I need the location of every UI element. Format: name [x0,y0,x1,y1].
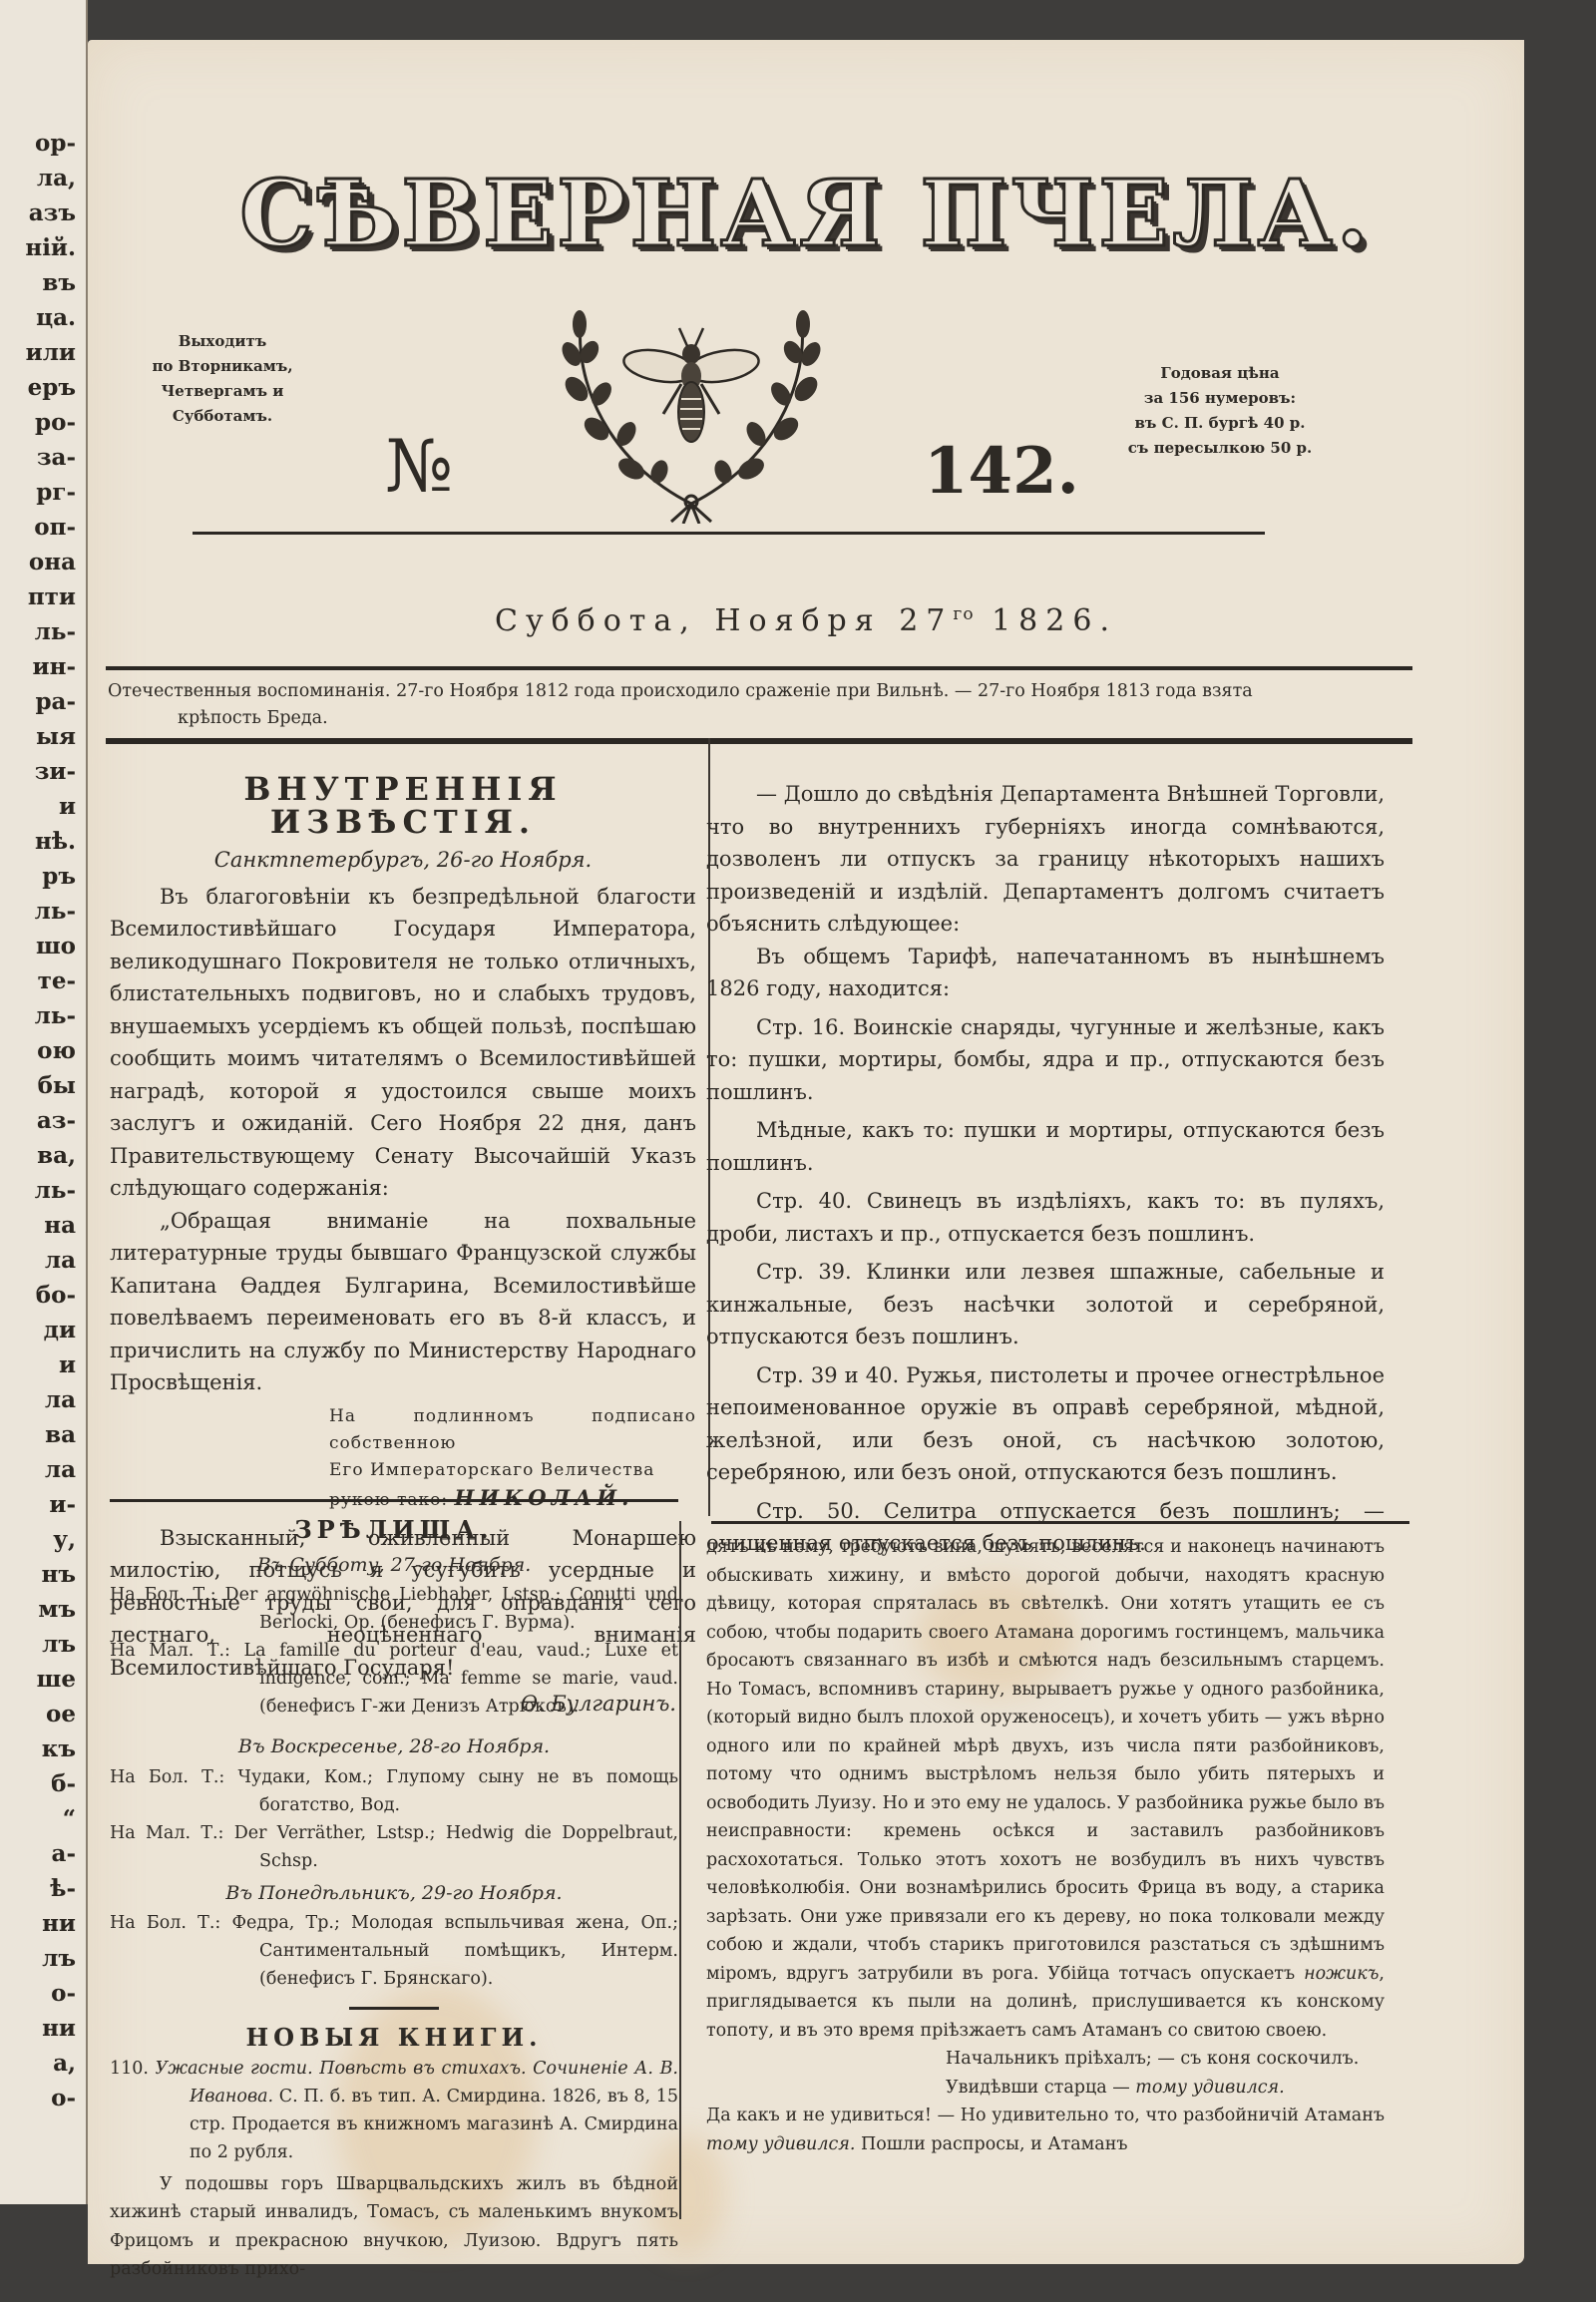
dateline: Суббота, Ноября 27го 1826. [88,603,1524,638]
schedule-line: Субботамъ. [128,404,317,429]
prev-page-text-fragment: ній. [25,234,76,261]
newspaper-page: СѢВЕРНАЯ ПЧЕЛА. Выходитъ по Вторникамъ, … [88,40,1524,2264]
dateline-rule [106,666,1412,670]
header-rule [193,532,1265,535]
prev-page-text-fragment: азъ [29,199,76,226]
tariff-item: Стр. 39. Клинки или лезвея шпажные, сабе… [706,1256,1385,1353]
theatre-entry: На Бол. Т.: Федра, Тр.; Молодая вспыльчи… [110,1909,678,1993]
prev-page-text-fragment: те- [38,967,76,994]
memories-continuation: крѣпость Бреда. [108,705,1484,732]
prev-page-text-fragment: ою [37,1037,76,1064]
trade-notice-column: — Дошло до свѣдѣнія Департамента Внѣшней… [706,778,1385,1560]
prev-page-text-fragment: ни [42,1910,76,1937]
verse-line: Начальникъ пріѣхалъ; — съ коня соскочилъ… [706,2045,1385,2074]
story-final: Да какъ и не удивиться! — Но удивительно… [706,2102,1385,2158]
prev-page-text-fragment: б- [51,1770,76,1797]
prev-page-text-fragment: и [59,793,76,820]
signed-line: Его Императорскаго Величества [329,1457,696,1484]
prev-page-text-fragment: ръ [42,863,76,890]
price-info: Годовая цѣна за 156 нумеровъ: въ С. П. б… [1110,361,1330,461]
tariff-item: Стр. 16. Воинскіе снаряды, чугунные и же… [706,1011,1385,1109]
prev-page-text-fragment: ни [42,2015,76,2042]
prev-page-text-fragment: лъ [42,1631,76,1658]
price-line: съ пересылкою 50 р. [1110,436,1330,461]
left-section-rule [110,1499,678,1502]
schedule-line: по Вторникамъ, [128,354,317,379]
prev-page-text-fragment: пти [28,583,76,610]
story-column: дятъ къ нему, требуютъ вина, шумятъ, вес… [706,1533,1385,2158]
prev-page-text-fragment: нъ [42,1561,76,1588]
prev-page-text-fragment: мъ [38,1596,76,1623]
schedule-line: Четвергамъ и [128,379,317,404]
memories-text: 27-го Ноября 1812 года происходило сраже… [396,681,1253,701]
prev-page-text-fragment: нѣ. [35,828,76,855]
prev-page-text-fragment: ла, [37,165,76,192]
prev-page-text-fragment: бо- [36,1282,76,1309]
theatre-heading: ЗРѢЛИЩА. [110,1514,678,1547]
prev-page-text-fragment: ца. [36,304,76,331]
issue-number: 142. [924,434,1079,509]
schedule-line: Выходитъ [128,329,317,354]
tariff-item: Стр. 39 и 40. Ружья, пистолеты и прочее … [706,1359,1385,1489]
prev-page-text-fragment: ль- [35,1177,76,1204]
prev-page-text-fragment: рг- [36,479,76,506]
story-body: Да какъ и не удивиться! — Но удивительно… [706,2106,1385,2125]
new-books-list: 110. Ужасные гости. Повѣсть въ стихахъ. … [110,2055,678,2284]
prev-page-text-fragment: ое [46,1701,76,1727]
dateline-suffix: го [953,604,974,624]
prev-page-text-fragment: о- [51,1980,76,2007]
prev-page-text-fragment: и [59,1351,76,1378]
story-body: дятъ къ нему, требуютъ вина, шумятъ, вес… [706,1537,1385,1984]
right-section-rule [711,1521,1409,1524]
price-line: Годовая цѣна [1110,361,1330,386]
book-number: 110. [110,2059,149,2079]
prev-page-text-fragment: ль- [35,1002,76,1029]
decree-text: „Обращая вниманіе на похвальные литерату… [110,1205,696,1399]
column-divider [679,1521,681,2219]
theatre-entry: На Бол. Т.: Der argwöhnische Liebhaber, … [110,1581,678,1637]
prev-page-text-fragment: ыя [36,723,76,750]
prev-page-text-fragment: оп- [34,514,76,541]
prev-page-text-fragment: а- [52,1840,76,1867]
prev-page-text-fragment: ди [44,1317,76,1343]
price-line: въ С. П. бургѣ 40 р. [1110,411,1330,436]
prev-page-text-fragment: бы [38,1072,76,1099]
issue-schedule: Выходитъ по Вторникамъ, Четвергамъ и Суб… [128,329,317,429]
prev-page-text-fragment: еръ [28,374,76,401]
historical-memories: Отечественныя воспоминанія. 27-го Ноября… [108,678,1484,732]
prev-page-text-fragment: ин- [33,653,76,680]
theatre-day: Въ Понедѣльникъ, 29-го Ноября. [110,1877,678,1910]
prev-page-text-fragment: ва [45,1421,76,1448]
prev-page-text-fragment: и- [49,1491,76,1518]
signed-line: На подлинномъ подписано собственною [329,1403,696,1457]
story-body: Пошли распросы, и Атаманъ [855,2134,1127,2154]
prev-page-text-fragment: ѣ- [50,1875,76,1902]
signed-by: На подлинномъ подписано собственною Его … [110,1403,696,1514]
prev-page-text-fragment: шо [36,933,76,959]
prev-page-text-fragment: зи- [35,758,76,785]
news-paragraph: Въ благоговѣніи къ безпредѣльной благост… [110,881,696,1205]
prev-page-text-fragment: у, [53,1526,76,1553]
new-books-heading: НОВЫЯ КНИГИ. [110,2022,678,2055]
dateline-year: 1826. [975,603,1117,638]
prev-page-text-fragment: ор- [35,130,76,157]
numero-sign: № [385,424,453,508]
section-rule [106,738,1412,744]
memories-label: Отечественныя воспоминанія. [108,681,391,701]
bee-wreath-icon [542,294,841,524]
divider [349,2007,439,2010]
prev-page-text-fragment: о- [51,2085,76,2111]
prev-page-text-fragment: лъ [42,1945,76,1972]
prev-page-text-fragment: аз- [37,1107,76,1134]
theatre-day: Въ Субботу, 27-го Ноября. [110,1549,678,1582]
prev-page-text-fragment: въ [42,269,76,296]
book-review: У подошвы горъ Шварцвальдскихъ жилъ въ б… [110,2170,678,2284]
book-entry: 110. Ужасные гости. Повѣсть въ стихахъ. … [110,2055,678,2166]
prev-page-text-fragment: ла [45,1456,76,1483]
prev-page-text-fragment: или [26,339,76,366]
story-text: дятъ къ нему, требуютъ вина, шумятъ, вес… [706,1533,1385,2045]
prev-page-text-fragment: за- [37,444,76,471]
prev-page-text-fragment: “ [63,1805,76,1832]
theatre-entry: На Мал. Т.: Der Verräther, Lstsp.; Hedwi… [110,1819,678,1875]
story-italic: ножикъ [1304,1964,1379,1984]
theatre-column: ЗРѢЛИЩА. Въ Субботу, 27-го Ноября. На Бо… [110,1514,678,2284]
prev-page-text-fragment: ро- [35,409,76,436]
story-italic: тому удивился. [706,2134,855,2154]
verse-text: Увидѣвши старца — [946,2078,1135,2098]
emperor-signature: НИКОЛАЙ. [454,1485,633,1510]
trade-intro: — Дошло до свѣдѣнія Департамента Внѣшней… [706,778,1385,941]
price-line: за 156 нумеровъ: [1110,386,1330,411]
theatre-entry: На Бол. Т.: Чудаки, Ком.; Глупому сыну н… [110,1763,678,1819]
internal-news-heading: ВНУТРЕННІЯ ИЗВѢСТІЯ. [110,773,696,838]
prev-page-text-fragment: ше [37,1666,76,1693]
prev-page-text-fragment: ль- [35,898,76,925]
trade-tariff: Въ общемъ Тарифѣ, напечатанномъ въ нынѣш… [706,941,1385,1005]
newspaper-title: СѢВЕРНАЯ ПЧЕЛА. [88,160,1524,267]
theatre-day: Въ Воскресенье, 28-го Ноября. [110,1730,678,1763]
dateline-date: Суббота, Ноября 27 [495,603,953,638]
prev-page-text-fragment: ва, [37,1142,76,1169]
tariff-item: Стр. 40. Свинецъ въ издѣліяхъ, какъ то: … [706,1185,1385,1250]
prev-page-text-fragment: на [44,1212,76,1239]
prev-page-text-fragment: ра- [35,688,76,715]
verse-line: Увидѣвши старца — тому удивился. [706,2074,1385,2103]
prev-page-text-fragment: а, [53,2050,76,2077]
prev-page-text-fragment: къ [42,1735,76,1762]
prev-page-text-fragment: ла [45,1247,76,1274]
theatre-entry: На Мал. Т.: La famille du porteur d'eau,… [110,1637,678,1721]
verse-italic: тому удивился. [1135,2078,1284,2098]
prev-page-text-fragment: ла [45,1386,76,1413]
prev-page-text-fragment: ль- [35,618,76,645]
prev-page-text-fragment: она [29,549,76,575]
tariff-item: Мѣдные, какъ то: пушки и мортиры, отпуск… [706,1114,1385,1179]
place-date: Санктпетербургъ, 26-го Ноября. [110,844,696,877]
previous-page-edge: ор-ла,азъній.въца.илиеръро-за-рг-оп-онап… [0,0,88,2204]
